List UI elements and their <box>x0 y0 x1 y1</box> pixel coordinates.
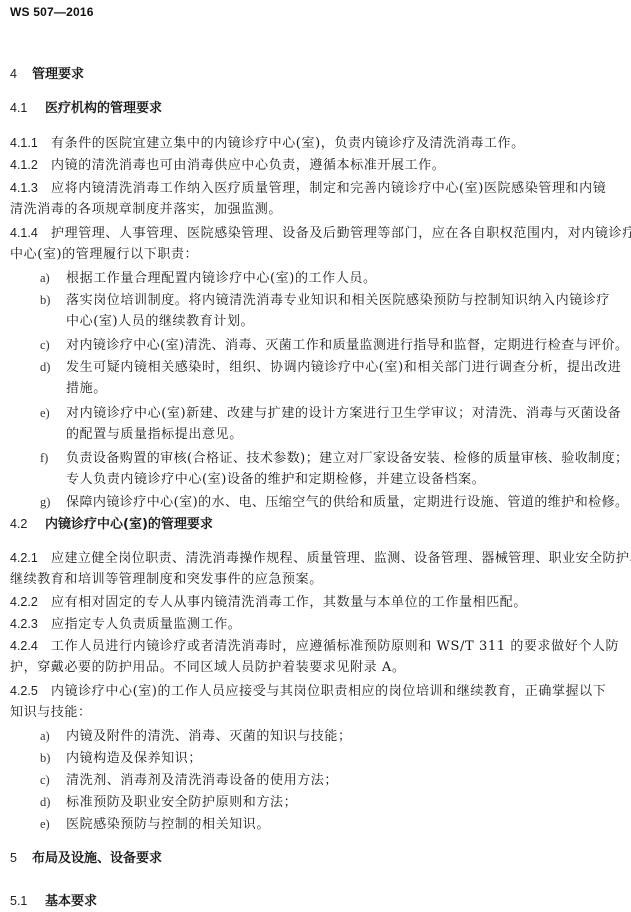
list-text-continued: 措施。 <box>66 381 107 397</box>
list-marker: c) <box>40 337 66 353</box>
clause-text-continued: 中心(室)的管理履行以下职责： <box>10 247 198 263</box>
list-text: 发生可疑内镜相关感染时，组织、协调内镜诊疗中心(室)和相关部门进行调查分析，提出… <box>66 360 621 375</box>
clause-4-1-1: 4.1.1有条件的医院宜建立集中的内镜诊疗中心(室)，负责内镜诊疗及清洗消毒工作… <box>10 135 525 152</box>
clause-4-1-3: 4.1.3应将内镜清洗消毒工作纳入医疗质量管理，制定和完善内镜诊疗中心(室)医院… <box>10 180 606 197</box>
list-marker: f) <box>40 450 66 466</box>
clause-4-2-2: 4.2.2应有相对固定的专人从事内镜清洗消毒工作，其数量与本单位的工作量相匹配。 <box>10 594 527 611</box>
list-item-c: c)清洗剂、消毒剂及清洗消毒设备的使用方法； <box>40 772 338 789</box>
clause-text: 内镜诊疗中心(室)的工作人员应接受与其岗位职责相应的岗位培训和继续教育，正确掌握… <box>51 684 606 699</box>
clause-text: 内镜的清洗消毒也可由消毒供应中心负责，遵循本标准开展工作。 <box>51 158 445 173</box>
list-item-b: b)内镜构造及保养知识； <box>40 750 202 767</box>
clause-text-continued: 知识与技能： <box>10 705 92 721</box>
clause-number: 4.1.4 <box>10 225 51 241</box>
list-text: 对内镜诊疗中心(室)清洗、消毒、灭菌工作和质量监测进行指导和监督，定期进行检查与… <box>66 338 629 353</box>
list-item-a: a)内镜及附件的清洗、消毒、灭菌的知识与技能； <box>40 728 352 745</box>
list-marker: b) <box>40 292 66 308</box>
list-item-b: b)落实岗位培训制度。将内镜清洗消毒专业知识和相关医院感染预防与控制知识纳入内镜… <box>40 292 610 309</box>
list-marker: c) <box>40 772 66 788</box>
clause-text: 护理管理、人事管理、医院感染管理、设备及后勤管理等部门，应在各自职权范围内，对内… <box>51 226 631 241</box>
clause-number: 4.2.5 <box>10 683 51 699</box>
standard-document-page: WS 507—2016 4管理要求 4.1医疗机构的管理要求 4.1.1有条件的… <box>0 0 631 912</box>
clause-text: 应将内镜清洗消毒工作纳入医疗质量管理，制定和完善内镜诊疗中心(室)医院感染管理和… <box>51 181 606 196</box>
list-text: 根据工作量合理配置内镜诊疗中心(室)的工作人员。 <box>66 271 377 286</box>
list-text: 保障内镜诊疗中心(室)的水、电、压缩空气的供给和质量，定期进行设施、管道的维护和… <box>66 495 629 510</box>
clause-text: 应指定专人负责质量监测工作。 <box>51 617 241 632</box>
clause-text-continued: 清洗消毒的各项规章制度并落实，加强监测。 <box>10 202 282 218</box>
list-text: 标准预防及职业安全防护原则和方法； <box>66 795 297 810</box>
list-text: 清洗剂、消毒剂及清洗消毒设备的使用方法； <box>66 773 338 788</box>
section-number: 4.1 <box>10 100 45 116</box>
clause-text: 应建立健全岗位职责、清洗消毒操作规程、质量管理、监测、设备管理、器械管理、职业安… <box>51 551 631 566</box>
clause-number: 4.2.4 <box>10 638 51 654</box>
list-text: 内镜及附件的清洗、消毒、灭菌的知识与技能； <box>66 729 352 744</box>
section-4-2-heading: 4.2内镜诊疗中心(室)的管理要求 <box>10 516 213 533</box>
list-marker: d) <box>40 359 66 375</box>
list-marker: b) <box>40 750 66 766</box>
clause-number: 4.2.2 <box>10 594 51 610</box>
section-4-heading: 4管理要求 <box>10 66 84 83</box>
section-number: 4 <box>10 66 32 82</box>
section-number: 5.1 <box>10 893 45 909</box>
list-text-continued: 中心(室)人员的继续教育计划。 <box>66 314 254 330</box>
clause-4-1-2: 4.1.2内镜的清洗消毒也可由消毒供应中心负责，遵循本标准开展工作。 <box>10 157 445 174</box>
standard-code-header: WS 507—2016 <box>10 5 94 19</box>
list-item-d: d)标准预防及职业安全防护原则和方法； <box>40 794 297 811</box>
clause-text: 工作人员进行内镜诊疗或者清洗消毒时，应遵循标准预防原则和 WS/T 311 的要… <box>51 639 619 654</box>
section-title: 内镜诊疗中心(室)的管理要求 <box>45 517 213 532</box>
clause-text-continued: 继续教育和培训等管理制度和突发事件的应急预案。 <box>10 572 323 588</box>
list-item-e: e)对内镜诊疗中心(室)新建、改建与扩建的设计方案进行卫生学审议；对清洗、消毒与… <box>40 405 621 422</box>
section-title: 医疗机构的管理要求 <box>45 101 162 116</box>
clause-4-2-3: 4.2.3应指定专人负责质量监测工作。 <box>10 616 241 633</box>
section-number: 5 <box>10 850 32 866</box>
section-number: 4.2 <box>10 516 45 532</box>
list-item-f: f)负责设备购置的审核(合格证、技术参数)；建立对厂家设备安装、检修的质量审核、… <box>40 450 629 467</box>
section-title: 管理要求 <box>32 67 84 82</box>
clause-number: 4.2.1 <box>10 550 51 566</box>
list-text: 落实岗位培训制度。将内镜清洗消毒专业知识和相关医院感染预防与控制知识纳入内镜诊疗 <box>66 293 610 308</box>
section-title: 布局及设施、设备要求 <box>32 851 162 866</box>
section-4-1-heading: 4.1医疗机构的管理要求 <box>10 100 162 117</box>
clause-4-2-5: 4.2.5内镜诊疗中心(室)的工作人员应接受与其岗位职责相应的岗位培训和继续教育… <box>10 683 606 700</box>
clause-text: 应有相对固定的专人从事内镜清洗消毒工作，其数量与本单位的工作量相匹配。 <box>51 595 527 610</box>
clause-4-1-4: 4.1.4护理管理、人事管理、医院感染管理、设备及后勤管理等部门，应在各自职权范… <box>10 225 631 242</box>
list-item-g: g)保障内镜诊疗中心(室)的水、电、压缩空气的供给和质量，定期进行设施、管道的维… <box>40 494 629 511</box>
list-text: 负责设备购置的审核(合格证、技术参数)；建立对厂家设备安装、检修的质量审核、验收… <box>66 451 629 466</box>
list-item-a: a)根据工作量合理配置内镜诊疗中心(室)的工作人员。 <box>40 270 377 287</box>
clause-number: 4.1.2 <box>10 157 51 173</box>
clause-number: 4.1.1 <box>10 135 51 151</box>
clause-text-continued: 护，穿戴必要的防护用品。不同区域人员防护着装要求见附录 A。 <box>10 660 406 676</box>
clause-4-2-4: 4.2.4工作人员进行内镜诊疗或者清洗消毒时，应遵循标准预防原则和 WS/T 3… <box>10 638 619 655</box>
list-item-d: d)发生可疑内镜相关感染时，组织、协调内镜诊疗中心(室)和相关部门进行调查分析，… <box>40 359 621 376</box>
list-marker: e) <box>40 816 66 832</box>
clause-number: 4.2.3 <box>10 616 51 632</box>
list-text: 对内镜诊疗中心(室)新建、改建与扩建的设计方案进行卫生学审议；对清洗、消毒与灭菌… <box>66 406 621 421</box>
list-marker: a) <box>40 728 66 744</box>
section-5-1-heading: 5.1基本要求 <box>10 893 97 910</box>
list-marker: e) <box>40 405 66 421</box>
section-title: 基本要求 <box>45 894 97 909</box>
clause-4-2-1: 4.2.1应建立健全岗位职责、清洗消毒操作规程、质量管理、监测、设备管理、器械管… <box>10 550 631 567</box>
list-marker: a) <box>40 270 66 286</box>
list-text-continued: 的配置与质量指标提出意见。 <box>66 427 243 443</box>
list-item-c: c)对内镜诊疗中心(室)清洗、消毒、灭菌工作和质量监测进行指导和监督，定期进行检… <box>40 337 629 354</box>
clause-text: 有条件的医院宜建立集中的内镜诊疗中心(室)，负责内镜诊疗及清洗消毒工作。 <box>51 136 525 151</box>
list-text: 医院感染预防与控制的相关知识。 <box>66 817 270 832</box>
list-item-e: e)医院感染预防与控制的相关知识。 <box>40 816 270 833</box>
list-text: 内镜构造及保养知识； <box>66 751 202 766</box>
clause-number: 4.1.3 <box>10 180 51 196</box>
list-marker: d) <box>40 794 66 810</box>
section-5-heading: 5布局及设施、设备要求 <box>10 850 162 867</box>
list-text-continued: 专人负责内镜诊疗中心(室)设备的维护和定期检修，并建立设备档案。 <box>66 472 485 488</box>
list-marker: g) <box>40 494 66 510</box>
